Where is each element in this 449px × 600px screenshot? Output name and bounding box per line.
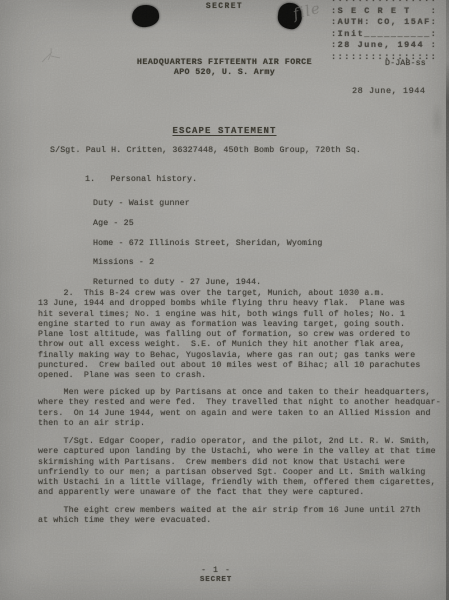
document-date: 28 June, 1944 [352, 86, 426, 96]
unit-header-line1: HEADQUARTERS FIFTEENTH AIR FORCE [0, 57, 449, 67]
paragraph-4: T/Sgt. Edgar Cooper, radio operator, and… [38, 437, 442, 499]
page-footer: - 1 - SECRET [0, 566, 432, 584]
paragraph-3: Men were picked up by Partisans at once … [38, 388, 442, 429]
page-number: - 1 - [0, 566, 432, 575]
document-title: ESCAPE STATEMENT [0, 126, 449, 136]
scanned-document-page: SECRET file :::::::::::::::: :S E C R E … [0, 0, 449, 600]
subject-line: S/Sgt. Paul H. Critten, 36327448, 450th … [50, 146, 361, 156]
paragraph-2: 2. This B-24 crew was over the target, M… [38, 289, 442, 382]
unit-header-line2: APO 520, U. S. Army [0, 67, 449, 77]
paragraph-5: The eight crew members waited at the air… [38, 506, 442, 527]
handwritten-file-note: file [292, 1, 323, 22]
classification-stamp: :::::::::::::::: :S E C R E T : :AUTH: C… [331, 0, 437, 63]
section-1-items: Duty - Waist gunner Age - 25 Home - 672 … [93, 194, 322, 293]
classification-footer: SECRET [0, 576, 432, 584]
section-1-heading: 1. Personal history. [85, 175, 197, 185]
office-symbol: D-JAB-ss [385, 59, 426, 69]
